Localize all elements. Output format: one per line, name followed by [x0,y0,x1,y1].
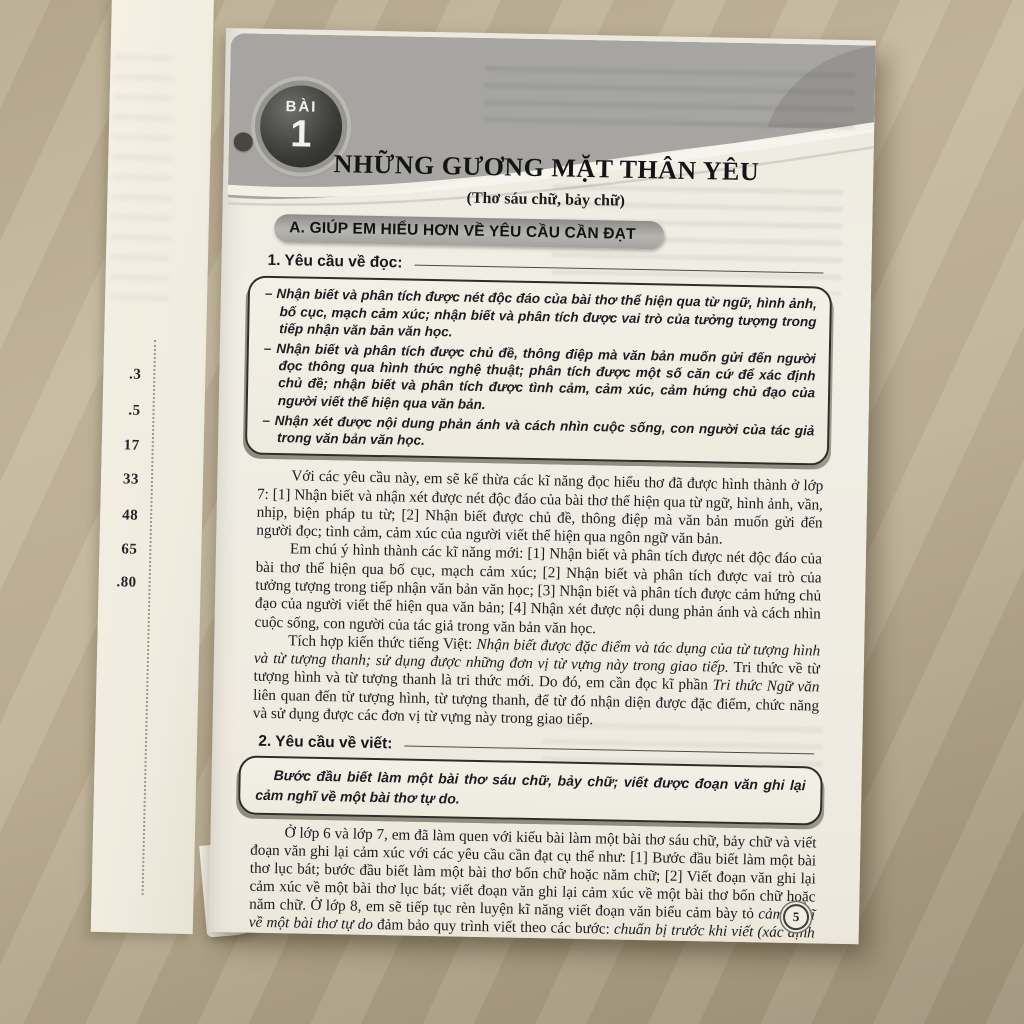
paragraph-new-skills: Em chú ý hình thành các kĩ năng mới: [1]… [254,540,822,642]
writing-requirement-text: Bước đầu biết làm một bài thơ sáu chữ, b… [255,765,806,816]
section-a-heading: A. GIÚP EM HIỂU HƠN VỀ YÊU CẦU CẦN ĐẠT [274,214,664,249]
toc-page-number: 17 [102,437,140,455]
paragraph-reading-skills-grade7: Với các yêu cầu này, em sẽ kế thừa các k… [256,467,823,551]
book-page: BÀI 1 NHỮNG GƯƠNG MẶT THÂN YÊU (Thơ sáu … [209,28,876,944]
closing-paragraph: Ở lớp 6 và lớp 7, em đã làm quen với kiể… [248,824,817,944]
paragraph-vietnamese-integration: Tích hợp kiến thức tiếng Việt: Nhận biết… [253,632,821,734]
toc-page-number: .80 [98,574,136,592]
paragraph-segment: Ở lớp 6 và lớp 7, em đã làm quen với kiể… [249,825,817,923]
reading-requirements-box: – Nhận biết và phân tích được nét độc đá… [245,276,832,466]
reading-heading: 1. Yêu cầu về đọc: [267,252,827,281]
heading-rule [414,265,823,274]
writing-heading-label: 2. Yêu cầu về viết: [258,733,392,754]
dotted-leader-line [142,340,157,895]
writing-requirements-box: Bước đầu biết làm một bài thơ sáu chữ, b… [238,756,823,826]
toc-page-number: 48 [100,507,138,525]
toc-page-number: 65 [99,541,137,559]
reading-requirement-item: – Nhận xét được nội dung phản ánh và các… [262,412,815,457]
lesson-title: NHỮNG GƯƠNG MẶT THÂN YÊU [263,147,829,189]
underlying-contents-page: .3 .5 17 33 48 65 .80 [91,0,214,934]
page-number: 5 [793,909,800,925]
reading-heading-label: 1. Yêu cầu về đọc: [267,252,402,273]
paragraph-segment-italic: Tri thức Ngữ văn [713,677,820,696]
section-a-heading-label: A. GIÚP EM HIỂU HƠN VỀ YÊU CẦU CẦN ĐẠT [289,220,636,244]
toc-page-number: .3 [103,366,141,384]
under-page-bleed-texture [109,54,175,315]
toc-page-number: .5 [102,402,140,420]
page-content: NHỮNG GƯƠNG MẶT THÂN YÊU (Thơ sáu chữ, b… [209,28,876,944]
toc-page-number: 33 [101,471,139,489]
reading-requirement-item: – Nhận biết và phân tích được chủ đề, th… [263,340,816,419]
reading-requirement-item: – Nhận biết và phân tích được nét độc đá… [264,285,817,347]
paragraph-segment: Tích hợp kiến thức tiếng Việt: [288,632,477,653]
photo-background: .3 .5 17 33 48 65 .80 BÀI 1 NHỮNG GƯƠNG … [0,0,1024,1024]
heading-rule [404,746,814,755]
